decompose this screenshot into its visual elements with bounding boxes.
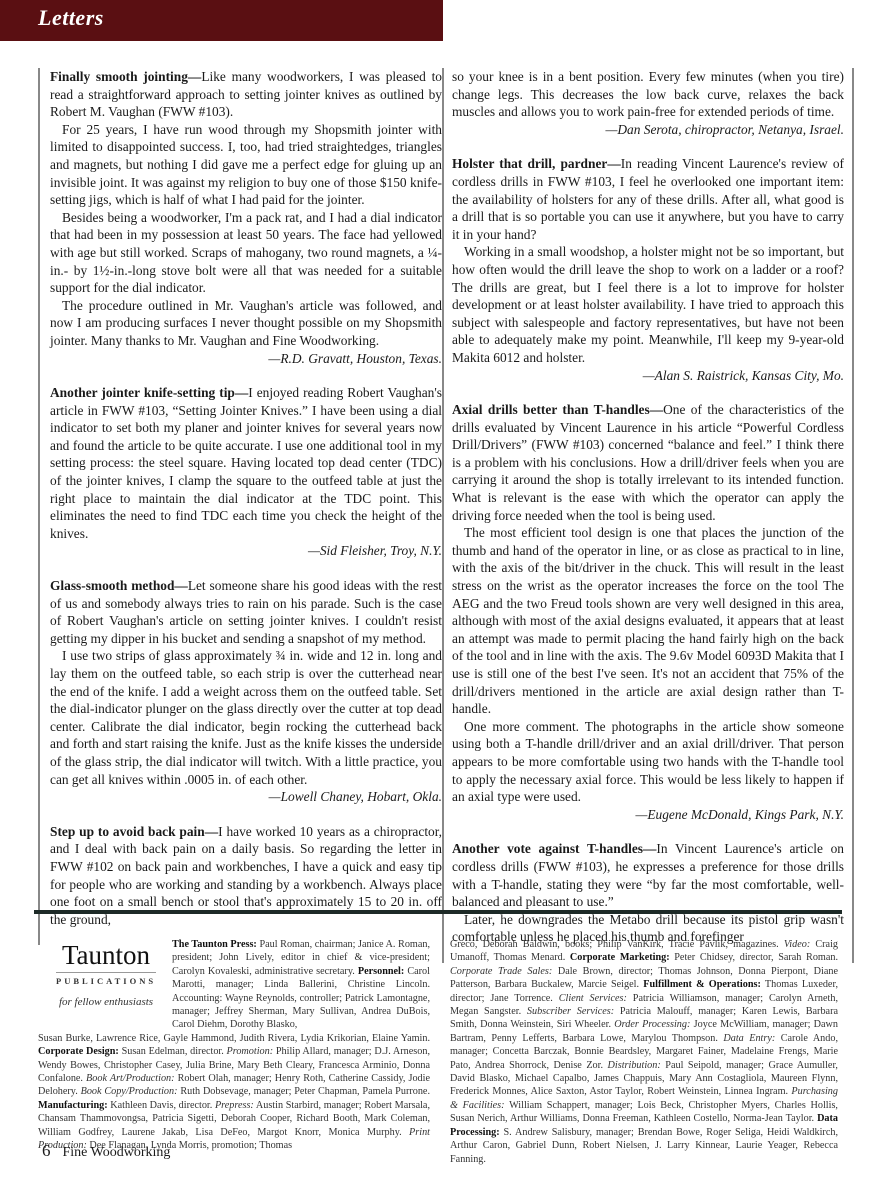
dept-text: Peter Chidsey, director, Sarah Roman. [670, 952, 838, 963]
logo-name: Taunton [56, 940, 156, 970]
letter-headline: Glass-smooth method— [50, 578, 188, 593]
dept-text: Susan Edelman, director. [119, 1046, 227, 1057]
dept-label: Distribution: [608, 1060, 661, 1071]
dept-text: Susan Burke, Lawrence Rice, Gayle Hammon… [38, 1033, 430, 1044]
dept-label: Subscriber Services: [527, 1006, 614, 1017]
dept-label: Manufacturing: [38, 1100, 108, 1111]
letter-signature: —Eugene McDonald, Kings Park, N.Y. [452, 806, 844, 824]
letter-headline: Another vote against T-handles— [452, 841, 656, 856]
dept-label: Corporate Trade Sales: [450, 966, 552, 977]
letter-signature: —Alan S. Raistrick, Kansas City, Mo. [452, 367, 844, 385]
letter-continuation: so your knee is in a bent position. Ever… [452, 68, 844, 138]
letter-paragraph: One more comment. The photographs in the… [452, 718, 844, 806]
dept-label: Order Processing: [614, 1019, 690, 1030]
dept-label: Book Art/Production: [86, 1073, 175, 1084]
letter-signature: —R.D. Gravatt, Houston, Texas. [50, 350, 442, 368]
section-title: Letters [38, 5, 104, 31]
letter-headline: Finally smooth jointing— [50, 69, 201, 84]
letter-paragraph: Besides being a woodworker, I'm a pack r… [50, 209, 442, 297]
taunton-logo: Taunton PUBLICATIONS for fellow enthusia… [56, 940, 156, 1010]
dept-label: Prepress: [215, 1100, 254, 1111]
dept-text: S. Andrew Salisbury, manager; Brendan Bo… [450, 1127, 838, 1165]
letter: Axial drills better than T-handles—One o… [452, 401, 844, 823]
letter-signature: —Sid Fleisher, Troy, N.Y. [50, 542, 442, 560]
letter: Another vote against T-handles—In Vincen… [452, 840, 844, 946]
dept-label: The Taunton Press: [172, 939, 257, 950]
publication-name: Fine Woodworking [63, 1145, 171, 1160]
logo-subtitle: PUBLICATIONS [56, 972, 156, 988]
masthead-right: Greco, Deborah Baldwin, books; Philip Va… [450, 938, 838, 1166]
left-column: Finally smooth jointing—Like many woodwo… [38, 68, 442, 945]
masthead-full-text: Susan Burke, Lawrence Rice, Gayle Hammon… [38, 1032, 430, 1153]
letter: Finally smooth jointing—Like many woodwo… [50, 68, 442, 367]
masthead-left: Taunton PUBLICATIONS for fellow enthusia… [38, 938, 430, 1153]
letter-paragraph: I use two strips of glass approximately … [50, 647, 442, 788]
letter: Holster that drill, pardner—In reading V… [452, 155, 844, 384]
letter-signature: —Lowell Chaney, Hobart, Okla. [50, 788, 442, 806]
dept-label: Corporate Design: [38, 1046, 119, 1057]
dept-label: Personnel: [358, 966, 404, 977]
dept-text: William Schappert, manager; Lois Beck, C… [450, 1100, 838, 1124]
dept-label: Data Entry: [723, 1033, 775, 1044]
dept-label: Book Copy/Production: [81, 1086, 178, 1097]
letter-paragraph: Working in a small woodshop, a holster m… [452, 243, 844, 366]
masthead-divider [34, 910, 842, 914]
letter-headline: Another jointer knife-setting tip— [50, 385, 248, 400]
dept-text: Greco, Deborah Baldwin, books; Philip Va… [450, 939, 784, 950]
letter-paragraph: I enjoyed reading Robert Vaughan's artic… [50, 385, 442, 541]
letter-headline: Axial drills better than T-handles— [452, 402, 663, 417]
letter: Another jointer knife-setting tip—I enjo… [50, 384, 442, 560]
dept-label: Promotion: [227, 1046, 274, 1057]
logo-tagline: for fellow enthusiasts [56, 996, 156, 1009]
right-column: so your knee is in a bent position. Ever… [442, 68, 854, 963]
letter: Glass-smooth method—Let someone share hi… [50, 577, 442, 806]
masthead-indented-text: The Taunton Press: Paul Roman, chairman;… [172, 938, 430, 1032]
letter-paragraph: The procedure outlined in Mr. Vaughan's … [50, 297, 442, 350]
letter-paragraph: The most efficient tool design is one th… [452, 524, 844, 718]
dept-label: Corporate Marketing: [570, 952, 670, 963]
letter-paragraph: so your knee is in a bent position. Ever… [452, 69, 844, 119]
dept-label: Fulfillment & Operations: [643, 979, 761, 990]
letter-headline: Holster that drill, pardner— [452, 156, 621, 171]
dept-label: Video: [784, 939, 810, 950]
letter-headline: Step up to avoid back pain— [50, 824, 218, 839]
page-number: 6 [42, 1141, 51, 1160]
page-footer: 6Fine Woodworking [42, 1141, 170, 1161]
letter-paragraph: One of the characteristics of the drills… [452, 402, 844, 523]
dept-text: Ruth Dobsevage, manager; Peter Chapman, … [178, 1086, 430, 1097]
letter-paragraph: For 25 years, I have run wood through my… [50, 121, 442, 209]
letter-signature: —Dan Serota, chiropractor, Netanya, Isra… [452, 121, 844, 139]
dept-label: Client Services: [559, 993, 627, 1004]
dept-text: Kathleen Davis, director. [108, 1100, 215, 1111]
section-header-band: Letters [0, 0, 443, 41]
